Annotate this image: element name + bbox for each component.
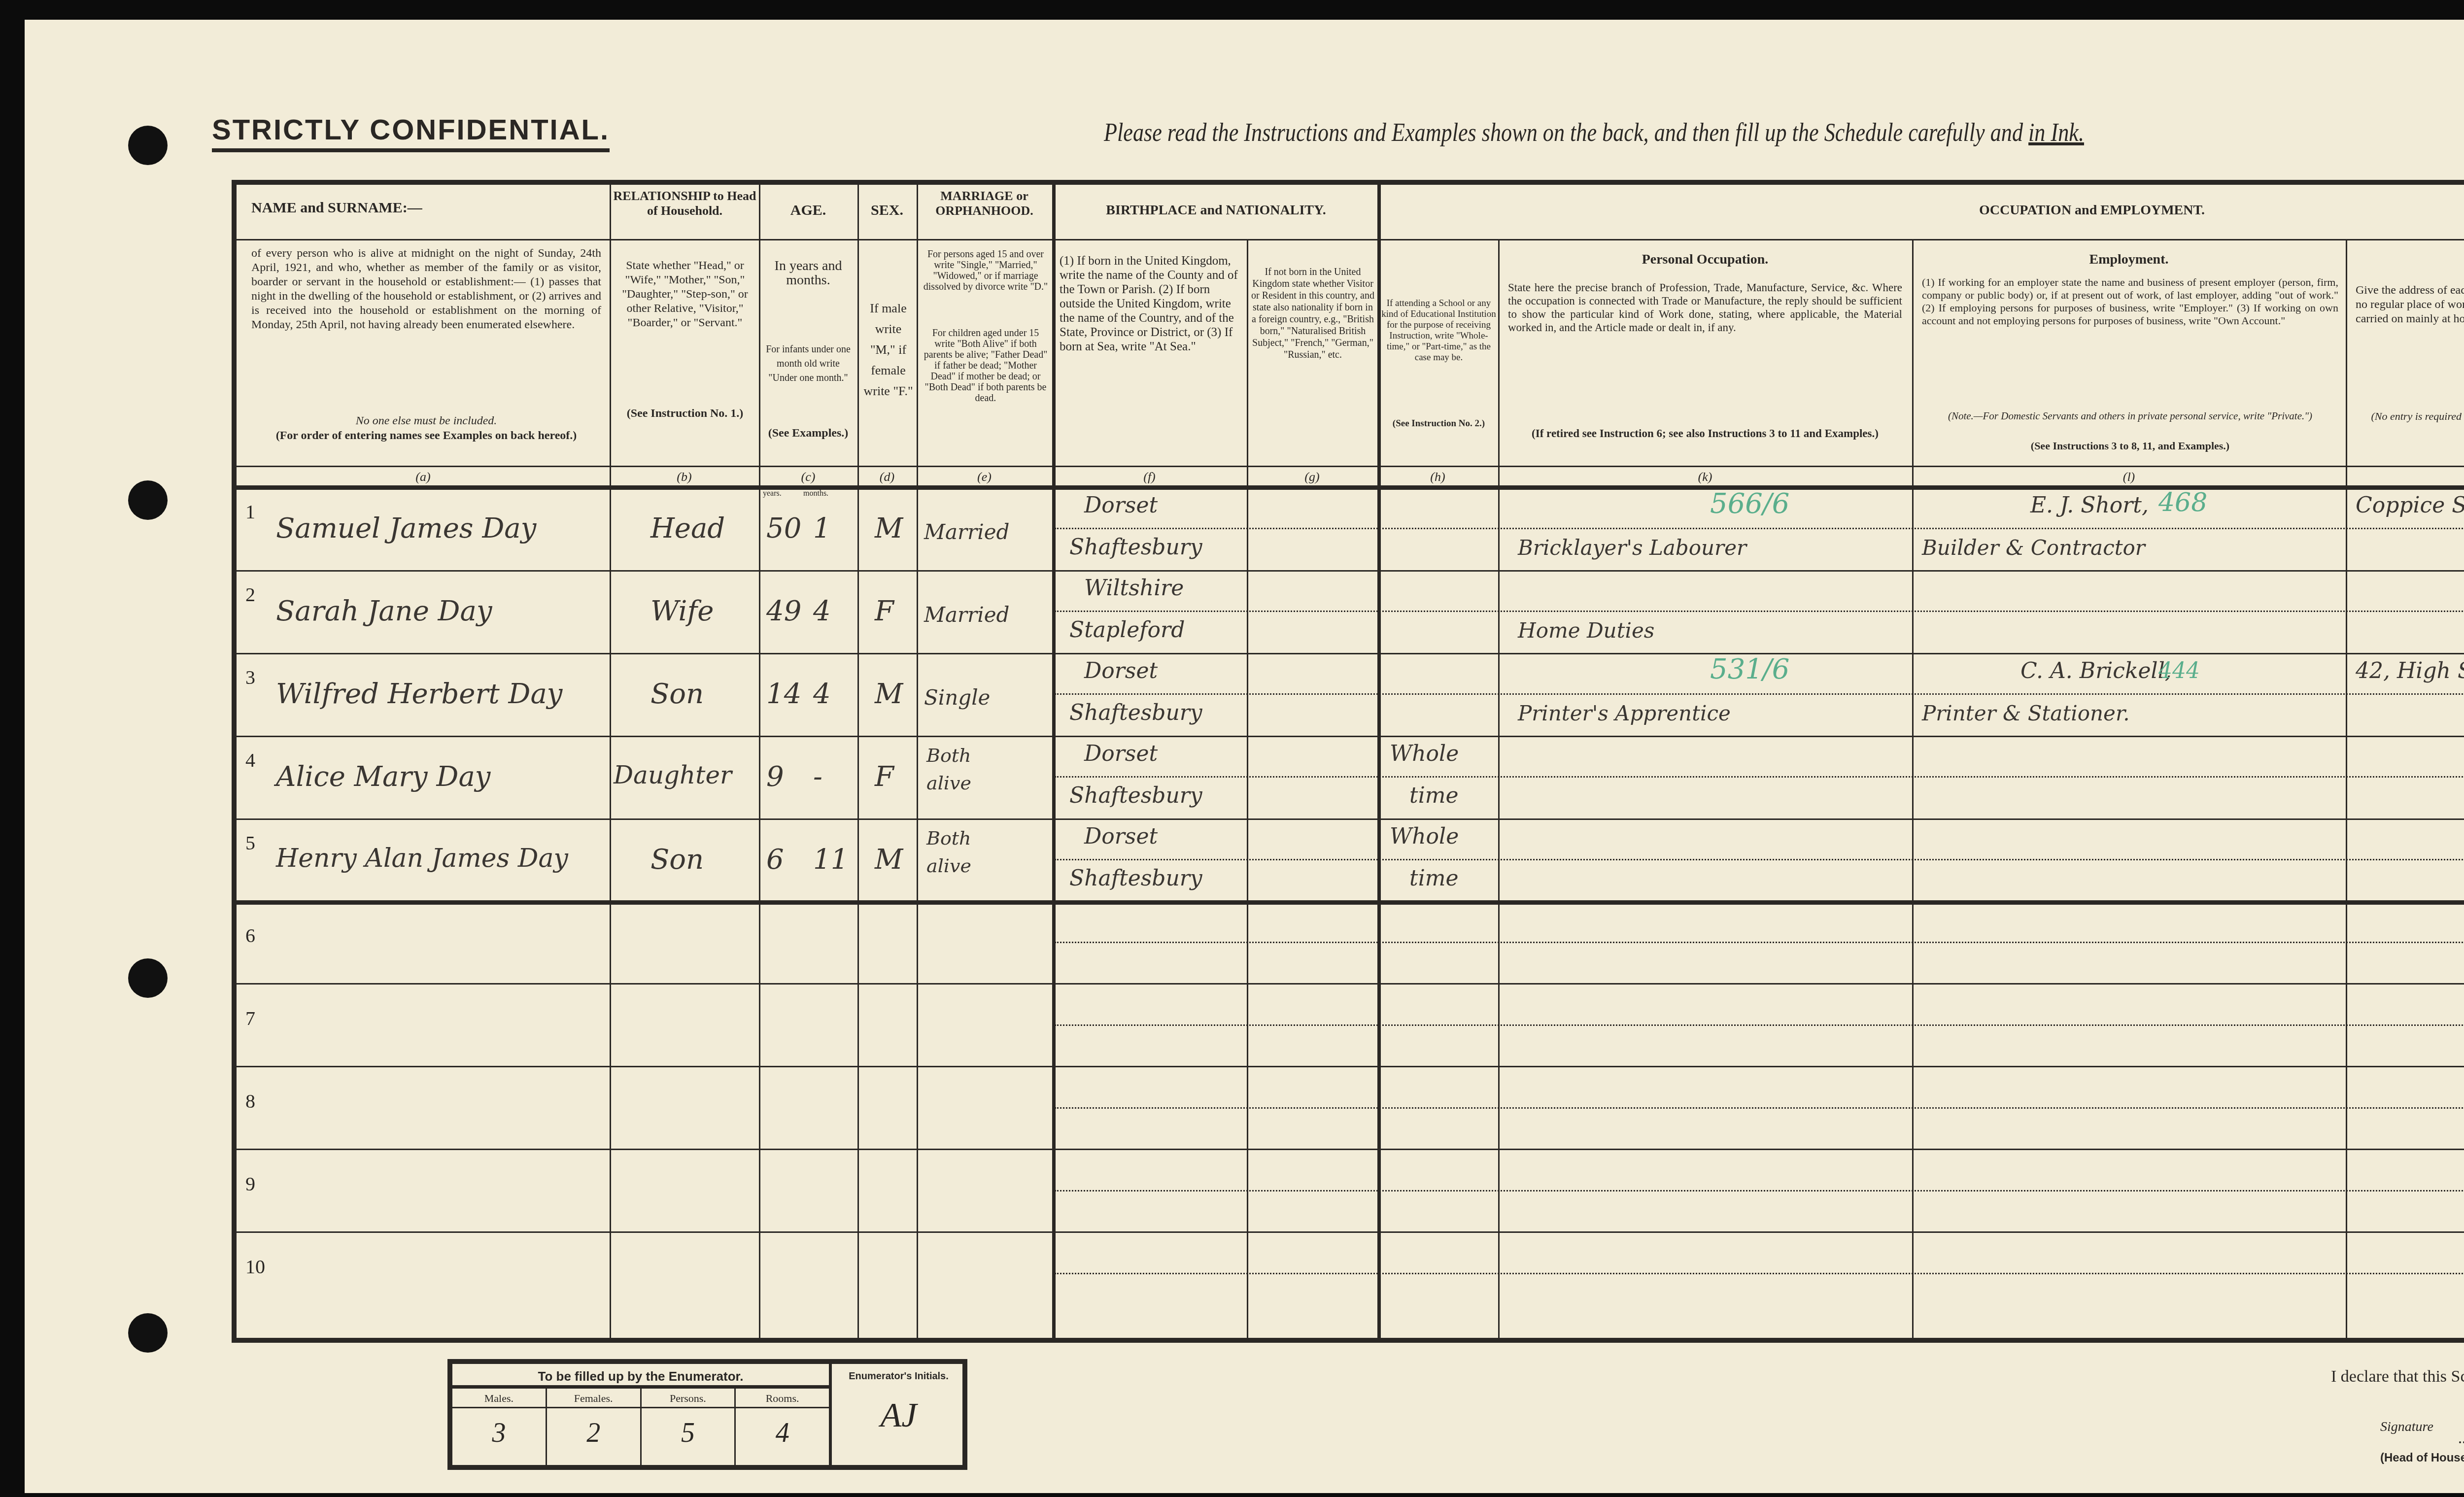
employer-business: Builder & Contractor — [1922, 536, 2145, 560]
col-c-instruction: In years and months. — [764, 259, 853, 287]
mid-rule — [1055, 528, 2464, 529]
col-m-instruction: Give the address of each person's place … — [2356, 283, 2464, 326]
females-value: 2 — [547, 1408, 640, 1458]
col-h-letter: (h) — [1377, 470, 1498, 484]
col-h-see: (See Instruction No. 2.) — [1381, 416, 1497, 431]
punch-hole — [128, 958, 168, 998]
mid-rule — [1055, 693, 2464, 695]
mid-rule — [1055, 1107, 2464, 1109]
row-number: 5 — [245, 831, 255, 854]
signature-caption: (Head of Household, Manager of Establish… — [2380, 1451, 2464, 1465]
col-g-instruction: If not born in the United Kingdom state … — [1251, 266, 1375, 361]
row-rule — [237, 1149, 2464, 1150]
mid-rule — [1055, 859, 2464, 860]
col-l-see: (See Instructions 3 to 8, 11, and Exampl… — [1922, 439, 2338, 453]
col-m-heading: Place of Work. — [2348, 251, 2464, 268]
col-l-note: (Note.—For Domestic Servants and others … — [1922, 409, 2338, 423]
row-number: 3 — [245, 666, 255, 689]
marital-status: Married — [924, 603, 1009, 627]
birth-county: Dorset — [1084, 658, 1158, 683]
punch-hole — [128, 126, 168, 165]
row-rule — [237, 900, 2464, 905]
col-a-instruction: of every person who is alive at midnight… — [251, 246, 601, 332]
marital-status: Single — [924, 685, 990, 710]
col-e-instruction-adult: For persons aged 15 and over write "Sing… — [922, 249, 1050, 292]
age-years: 14 — [766, 678, 801, 710]
occupation: Printer's Apprentice — [1518, 701, 1731, 725]
age-months: 4 — [813, 595, 831, 627]
orphanhood-status: Both alive — [926, 742, 1005, 797]
divider — [610, 185, 611, 1338]
row-rule — [237, 1231, 2464, 1233]
col-l-letter: (l) — [1912, 470, 2346, 484]
divider — [917, 185, 918, 1338]
census-form-table: NAME and SURNAME:— of every person who i… — [232, 180, 2464, 1343]
row-number: 8 — [245, 1089, 255, 1113]
row-rule — [237, 736, 2464, 737]
census-schedule-page: STRICTLY CONFIDENTIAL. Please read the I… — [25, 20, 2464, 1493]
age-months: 4 — [813, 678, 831, 710]
col-h-instruction: If attending a School or any kind of Edu… — [1381, 298, 1497, 363]
age-years: 49 — [766, 595, 801, 627]
col-l-heading: Employment. — [1915, 251, 2343, 268]
rooms-value: 4 — [736, 1408, 829, 1458]
relationship: Daughter — [614, 761, 732, 789]
col-a-letter: (a) — [237, 470, 610, 484]
row-number: 10 — [245, 1255, 265, 1278]
persons-label: Persons. — [642, 1389, 735, 1408]
relationship: Wife — [650, 595, 714, 627]
birth-county: Dorset — [1084, 493, 1158, 518]
row-rule — [237, 570, 2464, 572]
birth-town: Stapleford — [1069, 617, 1185, 643]
row-number: 7 — [245, 1007, 255, 1030]
signature-line — [2459, 1441, 2464, 1443]
age-years-label: years. — [763, 489, 782, 498]
person-name: Wilfred Herbert Day — [276, 678, 562, 710]
divider — [2346, 239, 2347, 1338]
col-b-heading: RELATIONSHIP to Head of Household. — [612, 189, 757, 218]
employer: E. J. Short, — [2030, 493, 2149, 518]
age-years: 50 — [766, 512, 801, 544]
sex: F — [875, 761, 894, 793]
employer-code: 468 — [2158, 488, 2207, 517]
divider — [759, 185, 760, 1338]
education-1: Whole — [1390, 824, 1459, 849]
col-e-instruction-child: For children aged under 15 write "Both A… — [922, 328, 1050, 404]
col-e-heading: MARRIAGE or ORPHANHOOD. — [919, 189, 1050, 218]
enumerator-box: To be filled up by the Enumerator. Males… — [447, 1359, 967, 1470]
sex: F — [875, 595, 894, 627]
relationship: Son — [650, 844, 704, 876]
col-k-instruction: State here the precise branch of Profess… — [1508, 281, 1902, 334]
sex: M — [875, 678, 903, 710]
birthplace-heading: BIRTHPLACE and NATIONALITY. — [1055, 202, 1377, 219]
row-rule — [237, 1066, 2464, 1067]
row-number: 9 — [245, 1172, 255, 1195]
sex: M — [875, 844, 903, 876]
col-g-letter: (g) — [1247, 470, 1377, 484]
row-rule — [237, 653, 2464, 654]
row-number: 1 — [245, 500, 255, 523]
col-k-letter: (k) — [1498, 470, 1912, 484]
employer-business: Printer & Stationer. — [1922, 701, 2130, 725]
col-d-heading: SEX. — [860, 202, 914, 219]
occupation: Bricklayer's Labourer — [1518, 536, 1746, 560]
mid-rule — [1055, 611, 2464, 612]
mid-rule — [1055, 1024, 2464, 1026]
divider — [1377, 185, 1381, 1338]
birth-town: Shaftesbury — [1069, 866, 1202, 891]
row-number: 2 — [245, 583, 255, 606]
enumerator-box-title: To be filled up by the Enumerator. — [452, 1364, 829, 1389]
col-d-letter: (d) — [857, 470, 917, 484]
divider — [857, 185, 859, 1338]
col-c-infant: For infants under one month old write "U… — [764, 342, 853, 385]
education-2: time — [1409, 866, 1459, 891]
col-a-note: No one else must be included. — [251, 414, 601, 428]
employer-code: 444 — [2158, 658, 2200, 683]
divider — [1052, 185, 1056, 1338]
age-months: 11 — [813, 844, 848, 876]
row-rule — [237, 818, 2464, 820]
declaration-text: I declare that this Schedule is correctl… — [2331, 1367, 2464, 1386]
age-years: 6 — [766, 844, 784, 876]
col-a-heading: NAME and SURNAME:— — [251, 200, 422, 216]
work-place: Coppice Street — [2356, 493, 2464, 518]
col-f-instruction: (1) If born in the United Kingdom, write… — [1060, 254, 1244, 354]
rule — [237, 466, 2464, 467]
col-k-heading: Personal Occupation. — [1501, 251, 1910, 268]
signature-label: Signature — [2380, 1419, 2433, 1435]
divider — [1247, 239, 1248, 1338]
mid-rule — [1055, 1273, 2464, 1274]
rule — [237, 485, 2464, 490]
row-number: 4 — [245, 748, 255, 772]
birth-town: Shaftesbury — [1069, 783, 1202, 808]
mid-rule — [1055, 1190, 2464, 1191]
birth-town: Shaftesbury — [1069, 535, 1202, 560]
row-rule — [237, 983, 2464, 985]
col-a-see: (For order of entering names see Example… — [251, 429, 601, 443]
age-months: - — [813, 761, 822, 793]
age-years: 9 — [766, 761, 784, 793]
employer: C. A. Brickell, — [2020, 658, 2172, 683]
relationship: Son — [650, 678, 704, 710]
col-l-instruction: (1) If working for an employer state the… — [1922, 276, 2338, 327]
males-label: Males. — [452, 1389, 546, 1408]
age-months-label: months. — [803, 489, 828, 498]
orphanhood-status: Both alive — [926, 824, 1005, 880]
birth-county: Wiltshire — [1084, 576, 1184, 601]
col-e-letter: (e) — [917, 470, 1052, 484]
females-label: Females. — [547, 1389, 640, 1408]
col-m-letter: (m) — [2346, 470, 2464, 484]
mid-rule — [1055, 776, 2464, 778]
enumerator-initials-value: AJ — [835, 1389, 962, 1443]
divider — [1912, 239, 1914, 1338]
work-place: 42, High St. — [2356, 658, 2464, 683]
birth-town: Shaftesbury — [1069, 700, 1202, 725]
col-f-letter: (f) — [1052, 470, 1247, 484]
age-months: 1 — [813, 512, 831, 544]
occupation-code: 566/6 — [1710, 488, 1789, 520]
relationship: Head — [650, 512, 725, 544]
person-name: Alice Mary Day — [276, 761, 490, 793]
enumerator-initials-label: Enumerator's Initials. — [835, 1364, 962, 1389]
col-c-heading: AGE. — [761, 202, 855, 219]
punch-hole — [128, 480, 168, 520]
birth-county: Dorset — [1084, 741, 1158, 766]
person-name: Samuel James Day — [276, 512, 536, 544]
marital-status: Married — [924, 520, 1009, 544]
person-name: Sarah Jane Day — [276, 595, 492, 627]
occupation-code: 531/6 — [1710, 653, 1789, 685]
persons-value: 5 — [642, 1408, 735, 1458]
col-m-note: (No entry is required for any person who… — [2356, 409, 2464, 423]
education-2: time — [1409, 783, 1459, 808]
rule — [237, 239, 2464, 240]
col-d-instruction: If male write "M," if female write "F." — [862, 298, 914, 402]
males-value: 3 — [452, 1408, 546, 1458]
col-c-letter: (c) — [759, 470, 857, 484]
mid-rule — [1055, 942, 2464, 943]
col-b-instruction: State whether "Head," or "Wife," "Mother… — [616, 259, 754, 330]
col-b-see: (See Instruction No. 1.) — [616, 407, 754, 421]
confidential-title: STRICTLY CONFIDENTIAL. — [212, 113, 610, 152]
rooms-label: Rooms. — [736, 1389, 829, 1408]
divider — [1498, 239, 1500, 1338]
occupation-heading: OCCUPATION and EMPLOYMENT. — [1498, 202, 2464, 219]
col-k-see: (If retired see Instruction 6; see also … — [1508, 426, 1902, 441]
col-b-letter: (b) — [610, 470, 759, 484]
occupation: Home Duties — [1518, 618, 1654, 643]
birth-county: Dorset — [1084, 824, 1158, 849]
sex: M — [875, 512, 903, 544]
row-number: 6 — [245, 924, 255, 947]
education-1: Whole — [1390, 741, 1459, 766]
col-c-see: (See Examples.) — [764, 426, 853, 441]
punch-hole — [128, 1313, 168, 1353]
person-name: Henry Alan James Day — [276, 844, 568, 873]
instruction-banner: Please read the Instructions and Example… — [1104, 118, 2084, 147]
